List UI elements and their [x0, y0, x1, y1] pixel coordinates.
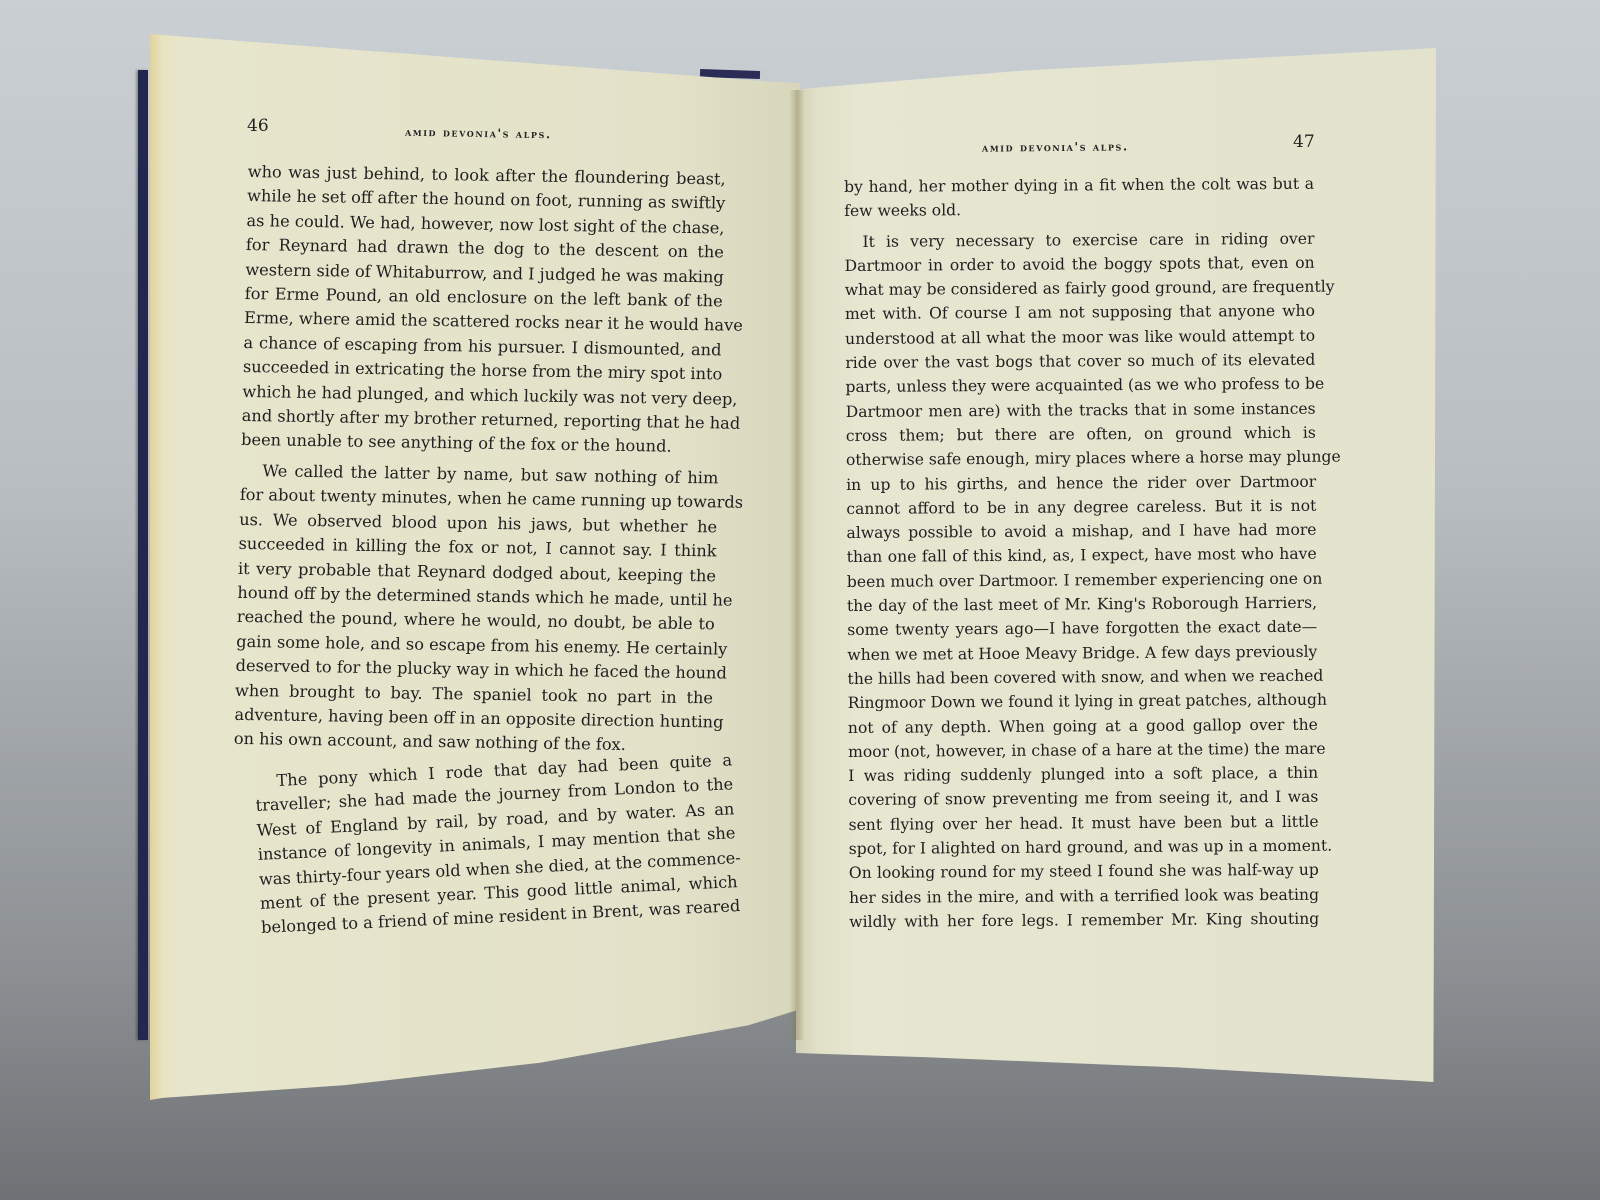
text-line: spot, for I alighted on hard ground, and… [849, 834, 1319, 862]
text-line: few weeks old. [844, 196, 1314, 224]
right-running-head: AMID DEVONIA'S ALPS. [982, 139, 1129, 154]
text-line: moor (not, however, in chase of a hare a… [848, 737, 1318, 765]
text-line: than one fall of this kind, as, I expect… [847, 542, 1317, 570]
text-line: sent flying over her head. It must have … [848, 809, 1318, 837]
text-line: been much over Dartmoor. I remember expe… [847, 566, 1317, 594]
book-cover-edge [138, 70, 148, 1040]
paragraph: who was just behind, to look after the f… [241, 160, 726, 460]
right-page-number: 47 [1293, 132, 1315, 152]
text-line: by hand, her mother dying in a fit when … [844, 172, 1314, 200]
text-line: Ringmoor Down we found it lying in great… [848, 688, 1318, 716]
text-line: always possible to avoid a mishap, and I… [846, 518, 1316, 546]
text-line: ride over the vast bogs that cover so mu… [845, 348, 1315, 376]
left-running-head: AMID DEVONIA'S ALPS. [405, 125, 552, 142]
text-line: wildly with her fore legs. I remember Mr… [849, 907, 1319, 935]
text-line: met with. Of course I am not supposing t… [845, 299, 1315, 327]
paragraph: The pony which I rode that day had been … [254, 748, 739, 940]
open-book: 46 AMID DEVONIA'S ALPS. who was just beh… [0, 0, 1600, 1200]
left-page-body-upper: who was just behind, to look after the f… [234, 160, 726, 759]
right-page-body: by hand, her mother dying in a fit when … [844, 172, 1319, 934]
text-line: cross them; but there are often, on grou… [846, 421, 1316, 449]
text-line: in up to his girths, and hence the rider… [846, 469, 1316, 497]
text-line: her sides in the mire, and with a terrif… [849, 882, 1319, 910]
text-line: Dartmoor in order to avoid the boggy spo… [845, 251, 1315, 279]
text-line: not of any depth. When going at a good g… [848, 712, 1318, 740]
text-line: cannot afford to be in any degree carele… [846, 494, 1316, 522]
text-line: when we met at Hooe Meavy Bridge. A few … [847, 639, 1317, 667]
text-line: On looking round for my steed I found sh… [849, 858, 1319, 886]
text-line: the hills had been covered with snow, an… [847, 664, 1317, 692]
left-page-number: 46 [247, 116, 269, 136]
paragraph: It is very necessary to exercise care in… [844, 226, 1319, 934]
text-line: covering of snow preventing me from seei… [848, 785, 1318, 813]
paragraph: We called the latter by name, but saw no… [234, 459, 719, 759]
text-line: It is very necessary to exercise care in… [844, 226, 1314, 254]
text-line: parts, unless they were acquainted (as w… [845, 372, 1315, 400]
text-line: some twenty years ago—I have forgotten t… [847, 615, 1317, 643]
text-line: Dartmoor men are) with the tracks that i… [846, 396, 1316, 424]
text-line: otherwise safe enough, miry places where… [846, 445, 1316, 473]
paragraph: by hand, her mother dying in a fit when … [844, 172, 1314, 224]
book-gutter [790, 90, 804, 1040]
left-page-body-lower: The pony which I rode that day had been … [254, 748, 739, 940]
text-line: the day of the last meet of Mr. King's R… [847, 591, 1317, 619]
text-line: understood at all what the moor was like… [845, 323, 1315, 351]
text-line: I was riding suddenly plunged into a sof… [848, 761, 1318, 789]
text-line: what may be considered as fairly good gr… [845, 275, 1315, 303]
